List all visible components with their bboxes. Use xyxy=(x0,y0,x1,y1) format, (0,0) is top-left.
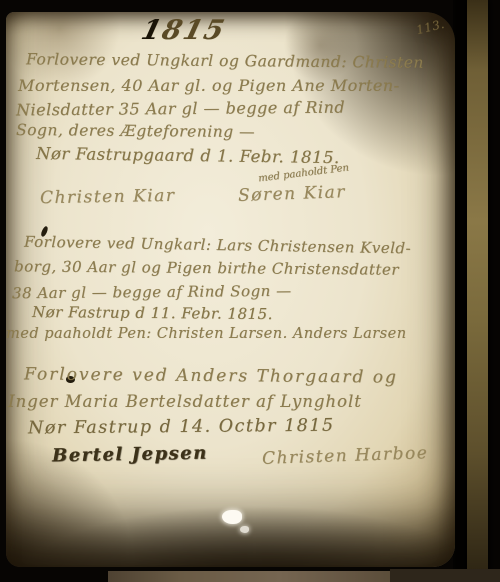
handwritten-date-line: Nør Fastrup d 14. Octbr 1815 xyxy=(28,416,335,439)
table-surface-right xyxy=(390,569,500,582)
page-number: 113. xyxy=(415,17,446,38)
year-heading: 1815 xyxy=(138,15,229,46)
handwritten-line: Forlovere ved Ungkarl og Gaardmand: Chri… xyxy=(26,50,424,71)
handwritten-line: 38 Aar gl — begge af Rind Sogn — xyxy=(12,282,292,302)
signature-christen-kiar: Christen Kiar xyxy=(40,186,176,208)
handwritten-line: Mortensen, 40 Aar gl. og Pigen Ane Morte… xyxy=(18,76,399,95)
signature-bertel-jepsen: Bertel Jepsen xyxy=(52,443,208,467)
handwritten-date-line: Nør Fastrupgaard d 1. Febr. 1815. xyxy=(36,144,340,167)
paper-blemish xyxy=(240,526,249,533)
signature-soren-kiar: Søren Kiar xyxy=(238,182,346,206)
book-gutter-shadow xyxy=(453,0,467,582)
handwritten-line: Nielsdatter 35 Aar gl — begge af Rind xyxy=(16,98,345,120)
handwritten-line: Forlovere ved Ungkarl: Lars Christensen … xyxy=(24,233,411,258)
handwritten-date-line: Nør Fastrup d 11. Febr. 1815. xyxy=(32,303,273,323)
book-binding-strip xyxy=(467,0,488,582)
handwritten-line: Sogn, deres Ægteforening — xyxy=(16,121,255,141)
manuscript-page: 1815 113. Forlovere ved Ungkarl og Gaard… xyxy=(6,12,455,567)
handwritten-line: med paaholdt Pen: Christen Larsen. Ander… xyxy=(6,326,407,342)
scanned-manuscript-photo: 1815 113. Forlovere ved Ungkarl og Gaard… xyxy=(0,0,500,582)
handwritten-line: Inger Maria Bertelsdatter af Lyngholt xyxy=(8,392,362,411)
handwritten-line: borg, 30 Aar gl og Pigen birthe Christen… xyxy=(14,257,399,278)
signature-christen-harboe: Christen Harboe xyxy=(262,443,429,469)
handwritten-line: Forlovere ved Anders Thorgaard og xyxy=(24,364,398,387)
table-surface-left xyxy=(108,571,395,582)
paper-blemish xyxy=(222,510,242,524)
